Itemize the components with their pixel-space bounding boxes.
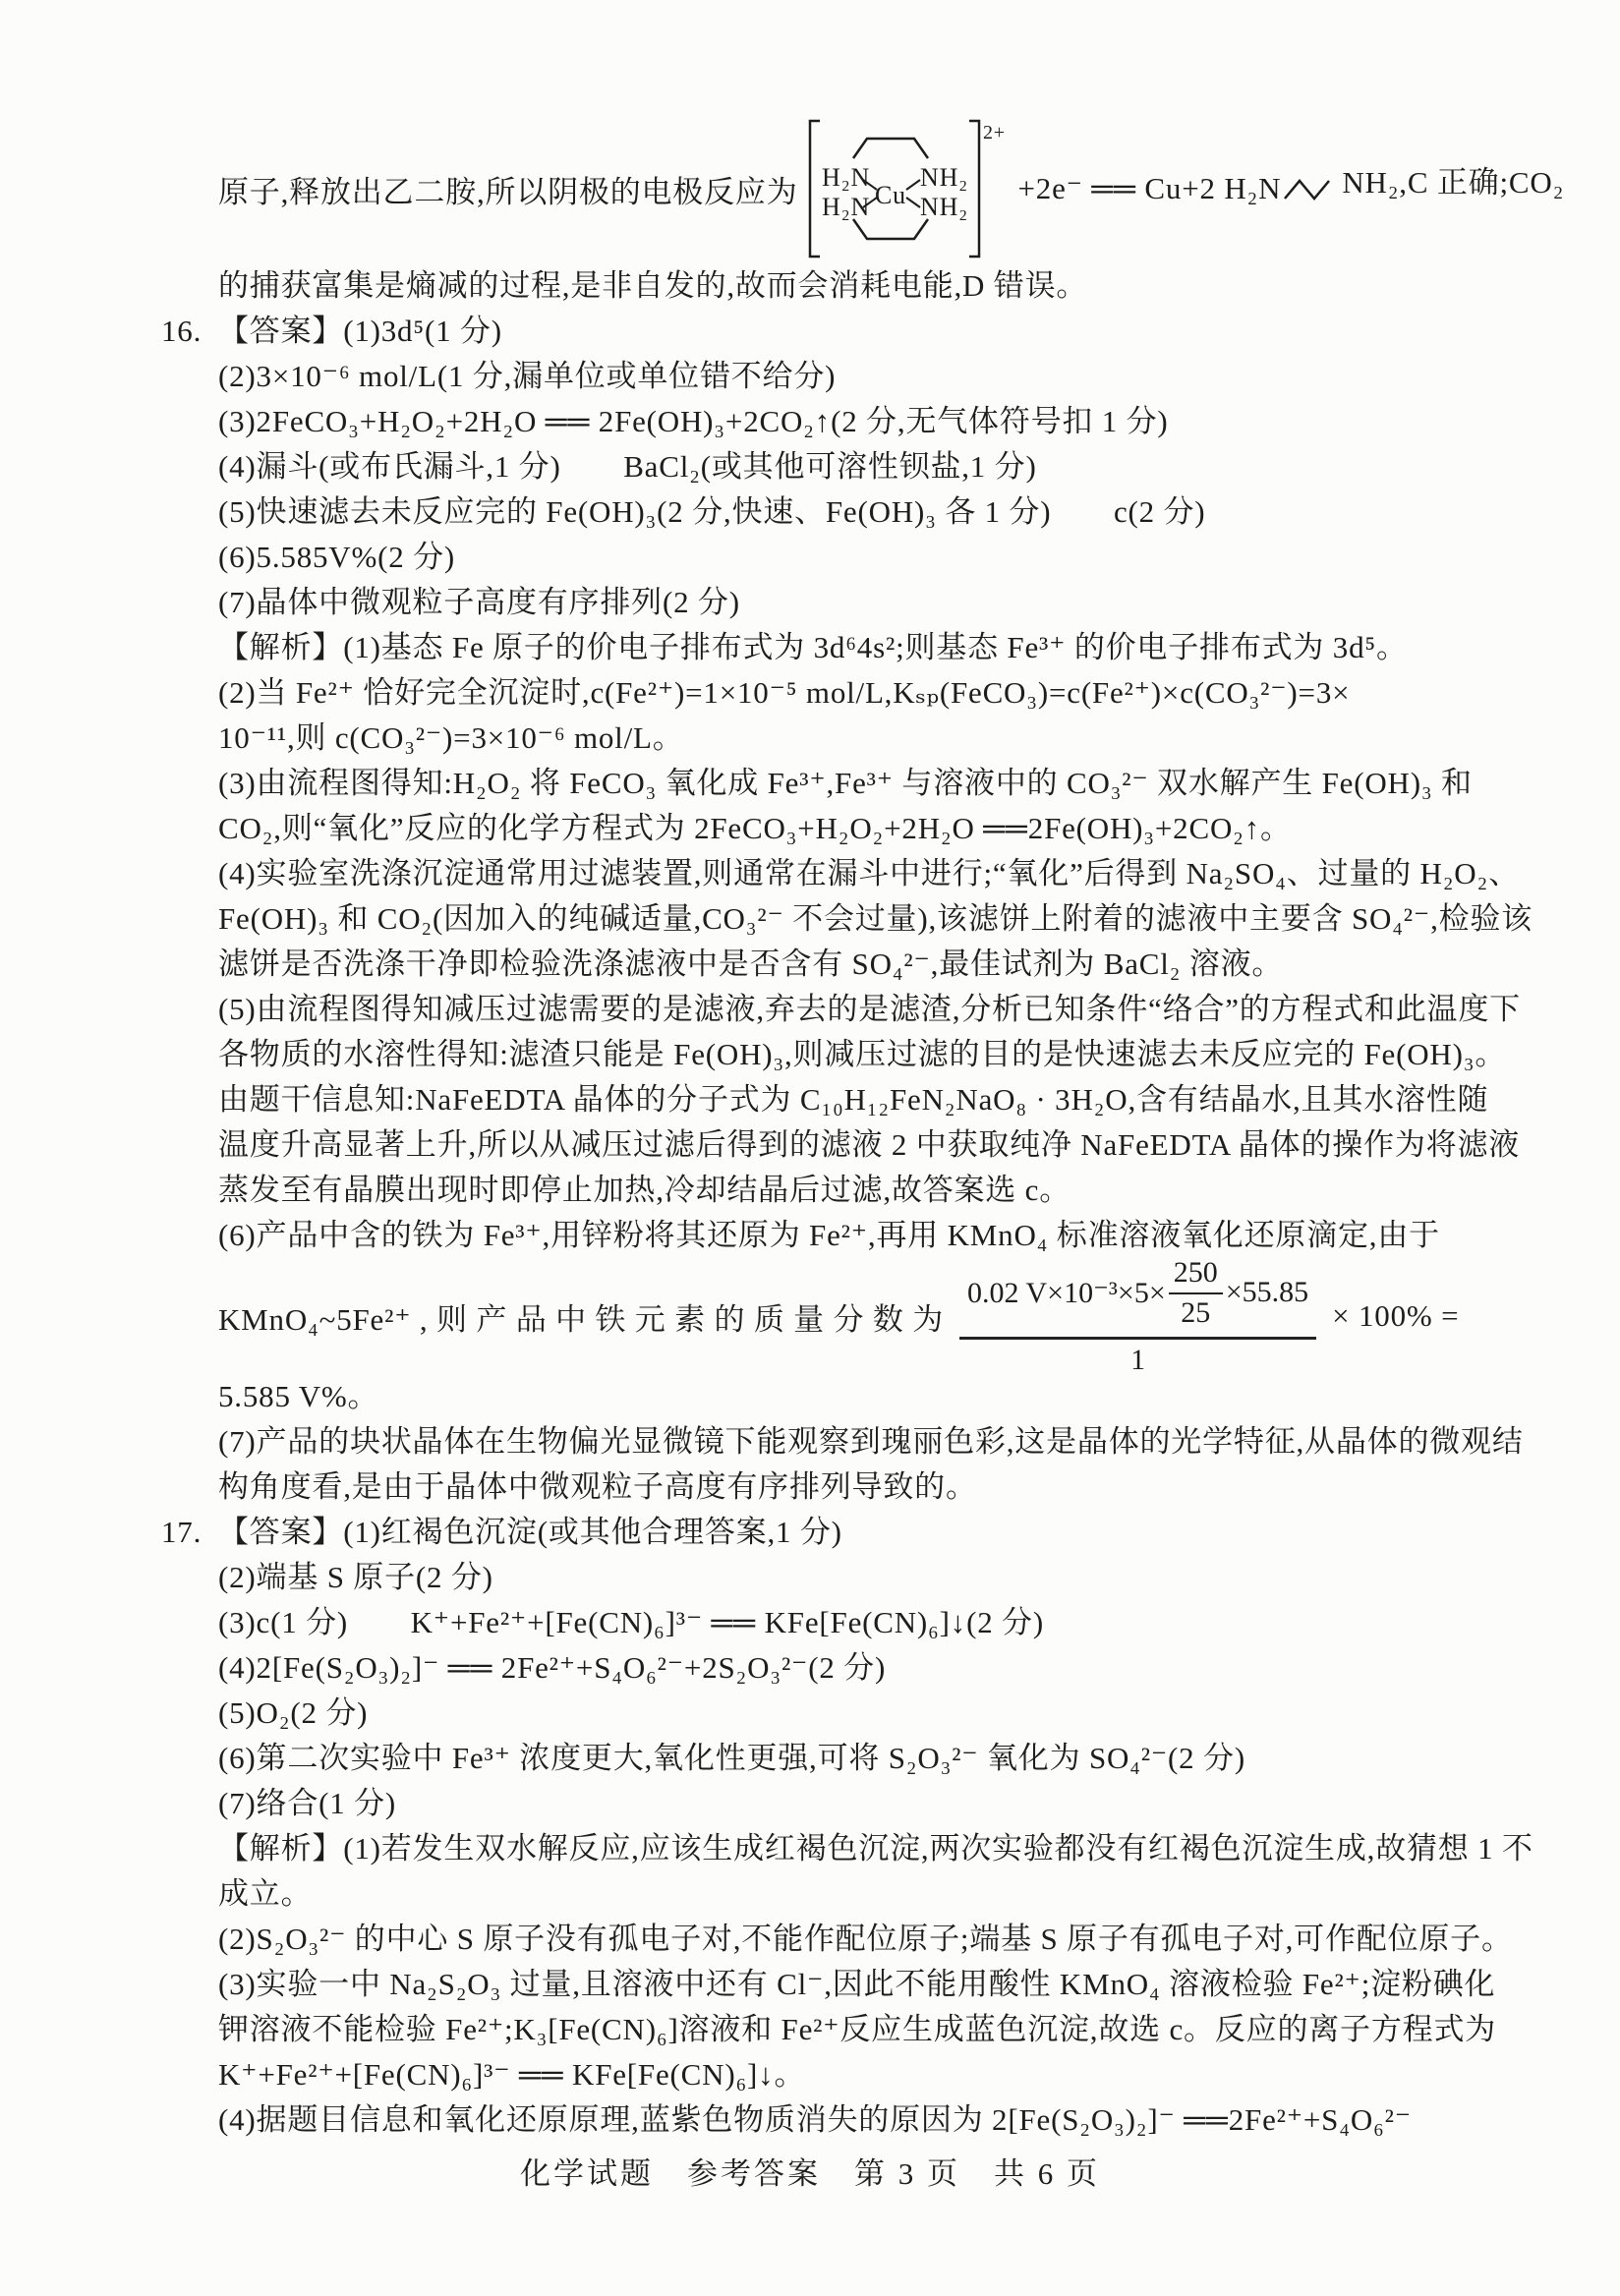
q16-fraction-result: 5.585 V%。 xyxy=(218,1374,1486,1419)
ethylenediamine-bridge-bottom xyxy=(853,219,928,239)
q17-analysis-5: 钾溶液不能检验 Fe²⁺;K₃[Fe(CN)₆]溶液和 Fe²⁺反应生成蓝色沉淀… xyxy=(218,2007,1486,2052)
q16-analysis-8: 滤饼是否洗涤干净即检验洗涤滤液中是否含有 SO₄²⁻,最佳试剂为 BaCl₂ 溶… xyxy=(218,942,1486,987)
q16-analysis-4: (3)由流程图得知:H₂O₂ 将 FeCO₃ 氧化成 Fe³⁺,Fe³⁺ 与溶液… xyxy=(218,761,1486,806)
bond-top-right xyxy=(906,180,920,190)
inner-denominator: 25 xyxy=(1169,1292,1223,1330)
q16-answer-heading: 16.【答案】(1)3d⁵(1 分) xyxy=(218,309,1486,354)
q16-answer-2: (2)3×10⁻⁶ mol/L(1 分,漏单位或单位错不给分) xyxy=(218,354,1486,399)
q17-answer-6: (6)第二次实验中 Fe³⁺ 浓度更大,氧化性更强,可将 S₂O₃²⁻ 氧化为 … xyxy=(218,1736,1486,1781)
q17-analysis-heading: 【解析】(1)若发生双水解反应,应该生成红褐色沉淀,两次实验都没有红褐色沉淀生成… xyxy=(218,1826,1486,1871)
ethylenediamine-zigzag-icon xyxy=(1283,174,1340,203)
q17-analysis-3: (2)S₂O₃²⁻ 的中心 S 原子没有孤电子对,不能作配位原子;端基 S 原子… xyxy=(218,1917,1486,1962)
q16-answer-1: (1)3d⁵(1 分) xyxy=(343,314,502,348)
complex-label-cu: Cu xyxy=(875,181,906,209)
intro-electrode-reaction-line: 原子,释放出乙二胺,所以阴极的电极反应为 2+ H₂N H₂N Cu NH₂ N… xyxy=(218,114,1486,263)
bond-bottom-right xyxy=(906,198,920,207)
q16-analysis-16: 构角度看,是由于晶体中微观粒子高度有序排列导致的。 xyxy=(218,1464,1486,1510)
bracket-right xyxy=(969,121,979,257)
fraction-suffix: × 100% = xyxy=(1332,1298,1459,1334)
q16-number: 16. xyxy=(161,309,218,354)
footer-text: 化学试题 参考答案 第 3 页 共 6 页 xyxy=(520,2156,1100,2191)
q16-mass-fraction-formula-line: KMnO₄~5Fe²⁺ , 则 产 品 中 铁 元 素 的 质 量 分 数 为 … xyxy=(218,1258,1486,1374)
mass-fraction-fraction: 0.02 V×10⁻³×5× 250 25 ×55.85 1 xyxy=(959,1256,1316,1377)
q16-analysis-9: (5)由流程图得知减压过滤需要的是滤液,弃去的是滤渣,分析已知条件“络合”的方程… xyxy=(218,987,1486,1032)
q17-analysis-7: (4)据题目信息和氧化还原原理,蓝紫色物质消失的原因为 2[Fe(S₂O₃)₂]… xyxy=(218,2097,1486,2143)
q17-analysis-1: (1)若发生双水解反应,应该生成红褐色沉淀,两次实验都没有红褐色沉淀生成,故猜想… xyxy=(343,1831,1533,1865)
q16-analysis-6: (4)实验室洗涤沉淀通常用过滤装置,则通常在漏斗中进行;“氧化”后得到 Na₂S… xyxy=(218,851,1486,896)
q16-analysis-1: (1)基态 Fe 原子的价电子排布式为 3d⁶4s²;则基态 Fe³⁺ 的价电子… xyxy=(343,630,1408,664)
q17-analysis-label: 【解析】 xyxy=(218,1831,343,1865)
q16-analysis-15: (7)产品的块状晶体在生物偏光显微镜下能观察到瑰丽色彩,这是晶体的光学特征,从晶… xyxy=(218,1419,1486,1464)
numerator-left: 0.02 V×10⁻³×5× xyxy=(967,1276,1166,1310)
q17-answer-heading: 17.【答案】(1)红褐色沉淀(或其他合理答案,1 分) xyxy=(218,1510,1486,1555)
q16-analysis-7: Fe(OH)₃ 和 CO₂(因加入的纯碱适量,CO₃²⁻ 不会过量),该滤饼上附… xyxy=(218,896,1486,942)
numerator-right: ×55.85 xyxy=(1226,1276,1308,1309)
q17-analysis-6: K⁺+Fe²⁺+[Fe(CN)₆]³⁻ ══ KFe[Fe(CN)₆]↓。 xyxy=(218,2052,1486,2097)
q16-analysis-3: 10⁻¹¹,则 c(CO₃²⁻)=3×10⁻⁶ mol/L。 xyxy=(218,716,1486,761)
q16-analysis-2: (2)当 Fe²⁺ 恰好完全沉淀时,c(Fe²⁺)=1×10⁻⁵ mol/L,K… xyxy=(218,670,1486,716)
exam-answer-page: 原子,释放出乙二胺,所以阴极的电极反应为 2+ H₂N H₂N Cu NH₂ N… xyxy=(0,0,1620,2296)
q16-answer-label: 【答案】 xyxy=(218,314,343,348)
q17-answer-7: (7)络合(1 分) xyxy=(218,1781,1486,1826)
q16-answer-4: (4)漏斗(或布氏漏斗,1 分) BaCl₂(或其他可溶性钡盐,1 分) xyxy=(218,444,1486,489)
fraction-numerator: 0.02 V×10⁻³×5× 250 25 ×55.85 xyxy=(959,1256,1316,1337)
q17-answer-3: (3)c(1 分) K⁺+Fe²⁺+[Fe(CN)₆]³⁻ ══ KFe[Fe(… xyxy=(218,1600,1486,1645)
intro-text-post2: NH₂,C 正确;CO₂ xyxy=(1342,157,1564,201)
q17-answer-1: (1)红褐色沉淀(或其他合理答案,1 分) xyxy=(343,1515,842,1549)
cu-ethylenediamine-complex-diagram: 2+ H₂N H₂N Cu NH₂ NH₂ xyxy=(804,115,1012,262)
inner-fraction-250-25: 250 25 xyxy=(1169,1256,1223,1330)
q16-analysis-heading: 【解析】(1)基态 Fe 原子的价电子排布式为 3d⁶4s²;则基态 Fe³⁺ … xyxy=(218,625,1486,670)
q17-number: 17. xyxy=(161,1510,218,1555)
q17-answer-2: (2)端基 S 原子(2 分) xyxy=(218,1555,1486,1600)
q17-answer-4: (4)2[Fe(S₂O₃)₂]⁻ ══ 2Fe²⁺+S₄O₆²⁻+2S₂O₃²⁻… xyxy=(218,1645,1486,1691)
page-footer: 化学试题 参考答案 第 3 页 共 6 页 xyxy=(0,2149,1620,2193)
ethylenediamine-bridge-top xyxy=(853,139,928,158)
intro-line-2: 的捕获富集是熵减的过程,是非自发的,故而会消耗电能,D 错误。 xyxy=(218,263,1486,309)
q16-answer-5: (5)快速滤去未反应完的 Fe(OH)₃(2 分,快速、Fe(OH)₃ 各 1 … xyxy=(218,489,1486,535)
q16-answer-6: (6)5.585V%(2 分) xyxy=(218,535,1486,580)
q17-analysis-2: 成立。 xyxy=(218,1871,1486,1917)
q17-answer-label: 【答案】 xyxy=(218,1515,343,1549)
q16-analysis-5: CO₂,则“氧化”反应的化学方程式为 2FeCO₃+H₂O₂+2H₂O ══2F… xyxy=(218,806,1486,851)
complex-label-nh2-bottom-right: NH₂ xyxy=(920,193,968,221)
q16-analysis-13: 蒸发至有晶膜出现时即停止加热,冷却结晶后过滤,故答案选 c。 xyxy=(218,1168,1486,1213)
q17-analysis-4: (3)实验一中 Na₂S₂O₃ 过量,且溶液中还有 Cl⁻,因此不能用酸性 KM… xyxy=(218,1962,1486,2007)
q16-analysis-12: 温度升高显著上升,所以从减压过滤后得到的滤液 2 中获取纯净 NaFeEDTA … xyxy=(218,1122,1486,1168)
q17-answer-5: (5)O₂(2 分) xyxy=(218,1691,1486,1736)
fraction-prefix: KMnO₄~5Fe²⁺ , 则 产 品 中 铁 元 素 的 质 量 分 数 为 xyxy=(218,1294,944,1339)
q16-answer-7: (7)晶体中微观粒子高度有序排列(2 分) xyxy=(218,580,1486,625)
q16-answer-3: (3)2FeCO₃+H₂O₂+2H₂O ══ 2Fe(OH)₃+2CO₂↑(2 … xyxy=(218,399,1486,444)
complex-charge: 2+ xyxy=(983,122,1006,143)
intro-text-pre: 原子,释放出乙二胺,所以阴极的电极反应为 xyxy=(218,167,798,211)
q16-analysis-14: (6)产品中含的铁为 Fe³⁺,用锌粉将其还原为 Fe²⁺,再用 KMnO₄ 标… xyxy=(218,1213,1486,1258)
fraction-denominator: 1 xyxy=(959,1337,1316,1377)
inner-numerator: 250 xyxy=(1169,1256,1223,1292)
complex-label-h2n-top-left: H₂N xyxy=(822,163,870,192)
q16-analysis-11: 由题干信息知:NaFeEDTA 晶体的分子式为 C₁₀H₁₂FeN₂NaO₈ ·… xyxy=(218,1077,1486,1122)
complex-label-nh2-top-right: NH₂ xyxy=(920,163,968,192)
page-content: 原子,释放出乙二胺,所以阴极的电极反应为 2+ H₂N H₂N Cu NH₂ N… xyxy=(218,114,1486,2143)
bracket-left xyxy=(810,121,820,257)
intro-text-post1: +2e⁻ ══ Cu+2 H₂N xyxy=(1018,171,1282,206)
complex-label-h2n-bottom-left: H₂N xyxy=(822,193,870,221)
q16-analysis-10: 各物质的水溶性得知:滤渣只能是 Fe(OH)₃,则减压过滤的目的是快速滤去未反应… xyxy=(218,1032,1486,1077)
q16-analysis-label: 【解析】 xyxy=(218,630,343,664)
